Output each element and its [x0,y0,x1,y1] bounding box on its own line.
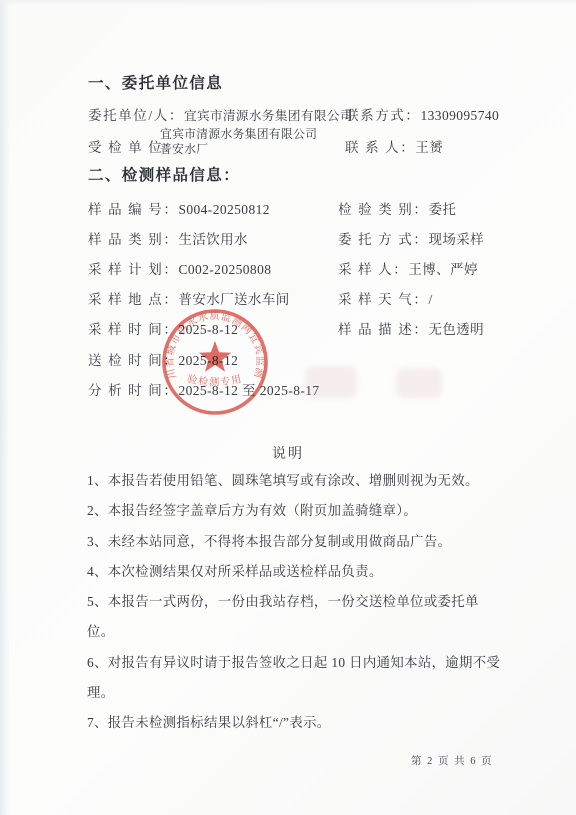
note-item: 1、本报告若使用铅笔、圆珠笔填写或有涂改、增删则视为无效。 [87,466,501,496]
field-sampling-plan: 采 样 计 划：C002-20250808 [88,258,271,278]
page-number: 第 2 页 共 6 页 [411,753,493,768]
note-item: 4、本次检测结果仅对所采样品或送检样品负责。 [87,557,501,587]
inspected-unit-value: 宜宾市清源水务集团有限公司 普安水厂 [160,127,317,156]
entrusting-unit-label: 委托单位/人： [88,108,184,123]
sample-type-label: 样 品 类 别： [88,232,178,247]
entrust-method-label: 委 托 方 式： [338,232,428,247]
stamp-star-icon [199,341,231,372]
notes-list: 1、本报告若使用铅笔、圆珠笔填写或有涂改、增删则视为无效。 2、本报告经签字盖章… [87,466,501,739]
stamp-arc-text: 四川省城市供水水质监测网宜宾监测站 [160,307,267,380]
scan-bleed-mark [305,366,357,398]
entrust-method-value: 现场采样 [428,232,484,247]
scan-top-edge [0,0,576,6]
official-stamp: 四川省城市供水水质监测网宜宾监测站 检验检测专用章 [160,307,272,419]
sampling-location-label: 采 样 地 点： [88,292,178,307]
field-sample-number: 样 品 编 号：S004-20250812 [88,198,270,218]
sample-number-label: 样 品 编 号： [88,202,178,217]
field-inspection-category: 检 验 类 别：委托 [338,198,456,218]
note-item: 7、报告未检测指标结果以斜杠“/”表示。 [87,708,501,738]
note-item: 5、本报告一式两份，一份由我站存档，一份交送检单位或委托单位。 [87,587,501,648]
sample-description-value: 无色透明 [428,322,484,337]
note-item: 6、对报告有异议时请于报告签收之日起 10 日内通知本站，逾期不受理。 [87,648,501,709]
svg-text:四川省城市供水水质监测网宜宾监测站: 四川省城市供水水质监测网宜宾监测站 [160,307,267,380]
section2-heading: 二、检测样品信息： [88,163,240,185]
field-sampling-location: 采 样 地 点：普安水厂送水车间 [88,288,290,308]
sample-description-label: 样 品 描 述： [338,322,428,337]
field-entrust-method: 委 托 方 式：现场采样 [338,228,484,248]
inspected-unit-value-line2: 普安水厂 [160,142,317,157]
inspected-unit-value-line1: 宜宾市清源水务集团有限公司 [160,127,317,142]
sample-number-value: S004-20250812 [178,202,269,217]
sample-type-value: 生活饮用水 [178,232,248,247]
contact-number-label: 联系方式： [345,108,421,123]
contact-person-label: 联 系 人： [345,140,415,155]
scan-bleed-mark [396,368,442,398]
field-sampling-weather: 采 样 天 气：/ [338,288,433,308]
scan-left-edge [0,0,10,815]
entrusting-unit-value: 宜宾市清源水务集团有限公司 [184,109,353,123]
section1-heading: 一、委托单位信息 [88,71,223,93]
note-item: 3、未经本站同意，不得将本报告部分复制或用做商品广告。 [87,527,501,557]
sampling-location-value: 普安水厂送水车间 [178,292,289,307]
sampling-weather-value: / [428,292,432,307]
scanned-report-page: 一、委托单位信息 委托单位/人：宜宾市清源水务集团有限公司 联系方式：13309… [0,0,576,815]
sampler-label: 采 样 人： [338,262,408,277]
field-contact-person: 联 系 人：王赟 [345,136,443,156]
contact-number-value: 13309095740 [421,108,500,123]
sampler-value: 王博、严婷 [408,262,478,277]
contact-person-value: 王赟 [415,140,443,155]
field-contact-number: 联系方式：13309095740 [345,104,499,124]
sampling-plan-value: C002-20250808 [178,262,271,277]
inspection-category-value: 委托 [428,202,456,217]
field-sampler: 采 样 人：王博、严婷 [338,258,478,278]
note-item: 2、本报告经签字盖章后方为有效（附页加盖骑缝章）。 [87,496,501,526]
notes-title: 说明 [0,443,576,463]
sampling-weather-label: 采 样 天 气： [338,292,428,307]
field-sample-description: 样 品 描 述：无色透明 [338,318,484,338]
field-entrusting-unit: 委托单位/人：宜宾市清源水务集团有限公司 [88,104,353,124]
field-sample-type: 样 品 类 别：生活饮用水 [88,228,248,248]
inspection-category-label: 检 验 类 别： [338,202,428,217]
sampling-plan-label: 采 样 计 划： [88,262,178,277]
